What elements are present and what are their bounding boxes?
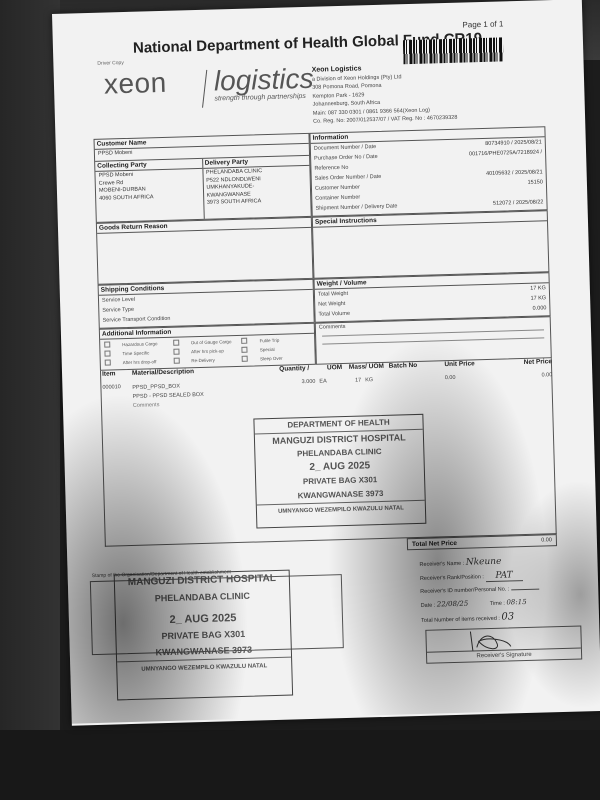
receiver-name-label: Receiver's Name :	[419, 561, 464, 568]
field-value: 17 KG	[530, 295, 546, 301]
comments-section: Comments	[315, 316, 552, 365]
checkbox[interactable]	[173, 340, 179, 346]
stamp-line: UMNYANGO WEZEMPILO KWAZULU NATAL	[117, 657, 291, 679]
total-net-price-label: Total Net Price	[412, 539, 457, 547]
field-value: 0.000	[533, 305, 547, 311]
col-item: Item	[100, 370, 132, 378]
checkbox[interactable]	[241, 338, 247, 344]
col-quantity: Quantity /	[279, 364, 327, 372]
col-uom: UOM	[327, 364, 349, 372]
item-batch	[389, 375, 445, 404]
option-label: Special	[260, 346, 275, 351]
item-uom: EA	[319, 378, 342, 406]
option-label: After hrs drop-off	[123, 359, 157, 365]
field-label: Customer Number	[315, 184, 360, 191]
option-label: Hazardous Cargo	[122, 341, 157, 347]
checkbox[interactable]	[173, 349, 179, 355]
field-label: Sales Order Number / Date	[315, 174, 382, 182]
field-label: Total Weight	[318, 291, 348, 298]
additional-option: Time Specific	[104, 349, 173, 357]
background-left	[0, 0, 60, 800]
delivery-party: Delivery Party PHELANDABA CLINIC P522 ND…	[203, 156, 311, 219]
additional-option: Futile Trip	[241, 336, 310, 344]
time-label: Time :	[490, 601, 505, 607]
weight-section: Weight / Volume Total Weight17 KGNet Wei…	[313, 272, 550, 323]
item-net-price: 0.00	[504, 372, 553, 400]
additional-option: Special	[242, 345, 311, 353]
item-mass-uom: KG	[365, 377, 390, 405]
logo-brand-left: xeon	[104, 67, 168, 101]
item-number: 000010	[100, 384, 133, 412]
receiver-rank-label: Receiver's Rank/Position :	[420, 574, 484, 582]
checkbox[interactable]	[104, 351, 110, 357]
receiver-block: Receiver's Name : Nkeune Receiver's Rank…	[419, 555, 540, 628]
option-label: Re-Delivery	[191, 357, 215, 363]
signature-box: Receiver's Signature	[425, 625, 582, 663]
field-value: 512072 / 2025/08/22	[493, 199, 544, 206]
field-value: 001716/PHE0725A/7218924 /	[469, 149, 542, 157]
background-table	[0, 730, 600, 800]
signature-label: Receiver's Signature	[427, 647, 581, 662]
field-value: 15150	[528, 179, 543, 185]
col-net-price: Net Price	[504, 358, 552, 366]
field-value: 17 KG	[530, 285, 546, 291]
shipping-section: Shipping Conditions Service LevelService…	[98, 279, 315, 329]
field-label: Service Transport Condition	[102, 316, 170, 324]
additional-option: Re-Delivery	[173, 356, 242, 364]
items-received-value: 03	[501, 611, 514, 622]
additional-option: After hrs pick-up	[173, 347, 242, 355]
field-value: 80734910 / 2025/08/21	[485, 139, 542, 147]
date-label: Date :	[421, 603, 436, 609]
additional-option: After hrs drop-off	[105, 358, 174, 366]
option-label: Out of Gauge Cargo	[191, 339, 232, 345]
field-label: Net Weight	[318, 301, 345, 308]
information-section: Information Document Number / Date807349…	[309, 126, 547, 217]
option-label: Time Specific	[122, 350, 149, 356]
additional-option: Hazardous Cargo	[104, 340, 173, 348]
logo-tagline: strength through partnerships	[214, 93, 306, 103]
item-unit-price: 0.00	[445, 374, 505, 403]
customer-section: Customer Name PPSD Mobeni Collecting Par…	[94, 133, 312, 223]
item-quantity: 3.000	[279, 379, 320, 407]
col-mass: Mass/ UOM	[349, 363, 389, 371]
option-label: Futile Trip	[259, 337, 279, 343]
additional-info-section: Additional Information Hazardous CargoOu…	[99, 323, 316, 371]
field-value: 40105632 / 2025/08/21	[486, 169, 543, 177]
option-label: After hrs pick-up	[191, 348, 224, 354]
total-net-price-value: 0.00	[541, 537, 552, 543]
page-indicator: Page 1 of 1	[462, 19, 503, 29]
additional-option: Sleep Over	[242, 354, 311, 362]
checkbox[interactable]	[104, 342, 110, 348]
checkbox[interactable]	[173, 358, 179, 364]
field-label: Container Number	[315, 194, 360, 201]
field-label: Service Type	[102, 307, 134, 314]
option-label: Sleep Over	[260, 355, 283, 361]
item-mass: 17	[341, 377, 366, 405]
special-instructions-section: Special Instructions	[312, 210, 550, 279]
items-received-label: Total Number of items received :	[421, 616, 500, 624]
field-label: Service Level	[102, 297, 135, 304]
company-address: Xeon Logistics a Division of Xeon Holdin…	[312, 63, 458, 127]
copy-label: Driver Copy	[97, 60, 124, 67]
field-label: Document Number / Date	[314, 144, 377, 152]
goods-return-section: Goods Return Reason	[96, 217, 314, 285]
logo-divider	[202, 70, 207, 108]
delivery-line: 3973 SOUTH AFRICA	[207, 197, 308, 207]
department-stamp-bottom: MANGUZI DISTRICT HOSPITAL PHELANDABA CLI…	[114, 570, 293, 701]
items-received-field: Total Number of items received : 03	[421, 610, 540, 628]
field-label: Total Volume	[318, 311, 350, 318]
receiver-name-value: Nkeune	[466, 557, 502, 568]
field-label: Reference No	[314, 165, 348, 172]
date-value: 22/08/25	[437, 600, 469, 609]
checkbox[interactable]	[242, 347, 248, 353]
receiver-rank-value: PAT	[485, 570, 523, 582]
checkbox[interactable]	[242, 356, 248, 362]
additional-option: Out of Gauge Cargo	[173, 338, 242, 346]
checkbox[interactable]	[105, 359, 111, 365]
field-label: Purchase Order No / Date	[314, 154, 378, 162]
time-value: 08:15	[506, 598, 526, 607]
department-stamp-center: DEPARTMENT OF HEALTH MANGUZI DISTRICT HO…	[253, 414, 426, 529]
field-label: Shipment Number / Delivery Date	[315, 203, 397, 211]
delivery-note-document: Driver Copy National Department of Healt…	[52, 0, 600, 726]
collecting-party: Collecting Party PPSD Mobeni Crewe Rd MO…	[95, 159, 204, 222]
barcode-icon	[403, 37, 504, 64]
receiver-id-label: Receiver's ID number/Personal No. :	[420, 586, 509, 594]
receiver-id-value	[511, 589, 539, 591]
